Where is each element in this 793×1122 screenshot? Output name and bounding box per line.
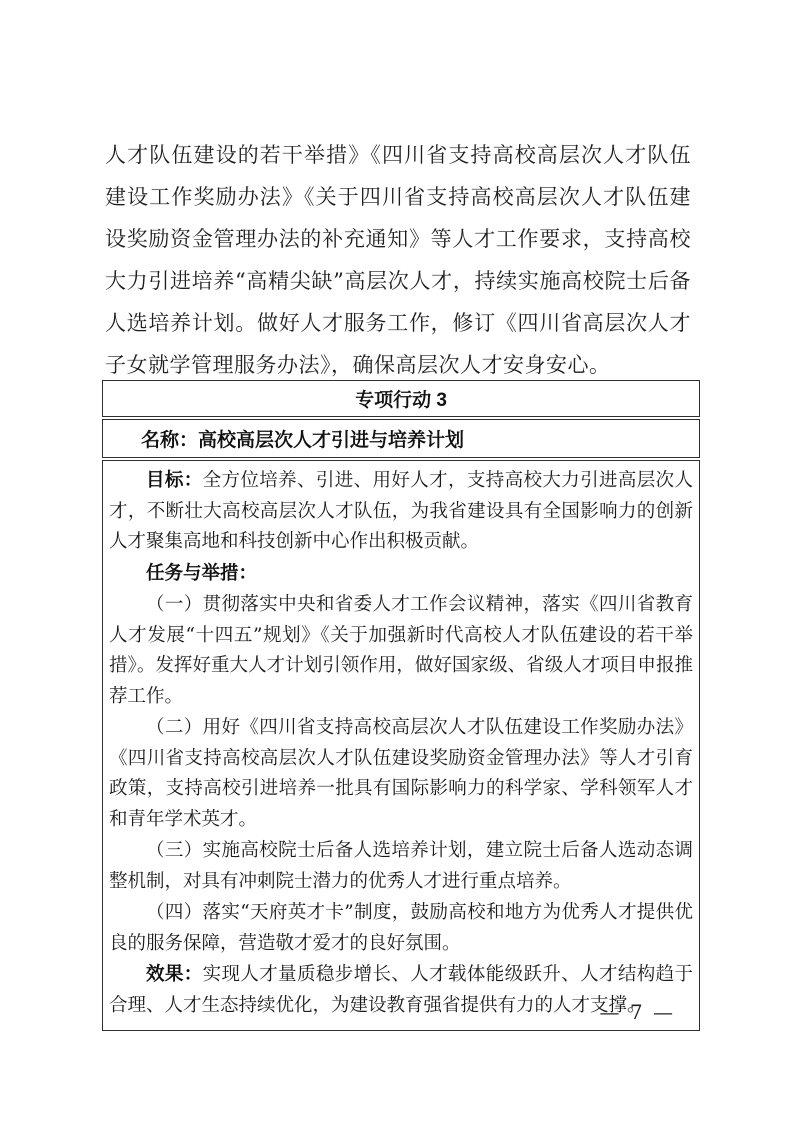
task-item-3-text: （三）实施高校院士后备人选培养计划，建立院士后备人选动态调整机制，对具有冲刺院士… <box>109 840 693 892</box>
effect-label: 效果： <box>146 963 203 984</box>
table-name-row: 名称：高校高层次人才引进与培养计划 <box>102 419 700 458</box>
goal-label: 目标： <box>146 469 203 490</box>
tasks-heading-label: 任务与举措： <box>146 562 257 583</box>
task-item-1-text: （一）贯彻落实中央和省委人才工作会议精神，落实《四川省教育人才发展“十四五”规划… <box>109 594 693 707</box>
task-item-1: （一）贯彻落实中央和省委人才工作会议精神，落实《四川省教育人才发展“十四五”规划… <box>109 589 693 712</box>
task-item-3: （三）实施高校院士后备人选培养计划，建立院士后备人选动态调整机制，对具有冲刺院士… <box>109 835 693 897</box>
document-page: 人才队伍建设的若干举措》《四川省支持高校高层次人才队伍建设工作奖励办法》《关于四… <box>0 0 793 1122</box>
plan-name-text: 名称：高校高层次人才引进与培养计划 <box>141 425 464 452</box>
task-item-2: （二）用好《四川省支持高校高层次人才队伍建设工作奖励办法》《四川省支持高校高层次… <box>109 712 693 835</box>
table-header-row: 专项行动 3 <box>102 380 700 417</box>
special-action-table: 专项行动 3 名称：高校高层次人才引进与培养计划 目标：全方位培养、引进、用好人… <box>102 380 700 1031</box>
tasks-heading-paragraph: 任务与举措： <box>109 558 693 590</box>
goal-paragraph: 目标：全方位培养、引进、用好人才，支持高校大力引进高层次人才，不断壮大高校高层次… <box>109 465 693 558</box>
task-item-4-text: （四）落实“天府英才卡”制度，鼓励高校和地方为优秀人才提供优良的服务保障，营造敬… <box>109 902 693 954</box>
table-title: 专项行动 3 <box>355 385 447 412</box>
table-body-cell: 目标：全方位培养、引进、用好人才，支持高校大力引进高层次人才，不断壮大高校高层次… <box>102 460 700 1031</box>
task-item-4: （四）落实“天府英才卡”制度，鼓励高校和地方为优秀人才提供优良的服务保障，营造敬… <box>109 897 693 959</box>
intro-paragraph: 人才队伍建设的若干举措》《四川省支持高校高层次人才队伍建设工作奖励办法》《关于四… <box>105 134 691 386</box>
page-number: — 7 — <box>600 1000 675 1024</box>
task-item-2-text: （二）用好《四川省支持高校高层次人才队伍建设工作奖励办法》《四川省支持高校高层次… <box>109 717 693 830</box>
